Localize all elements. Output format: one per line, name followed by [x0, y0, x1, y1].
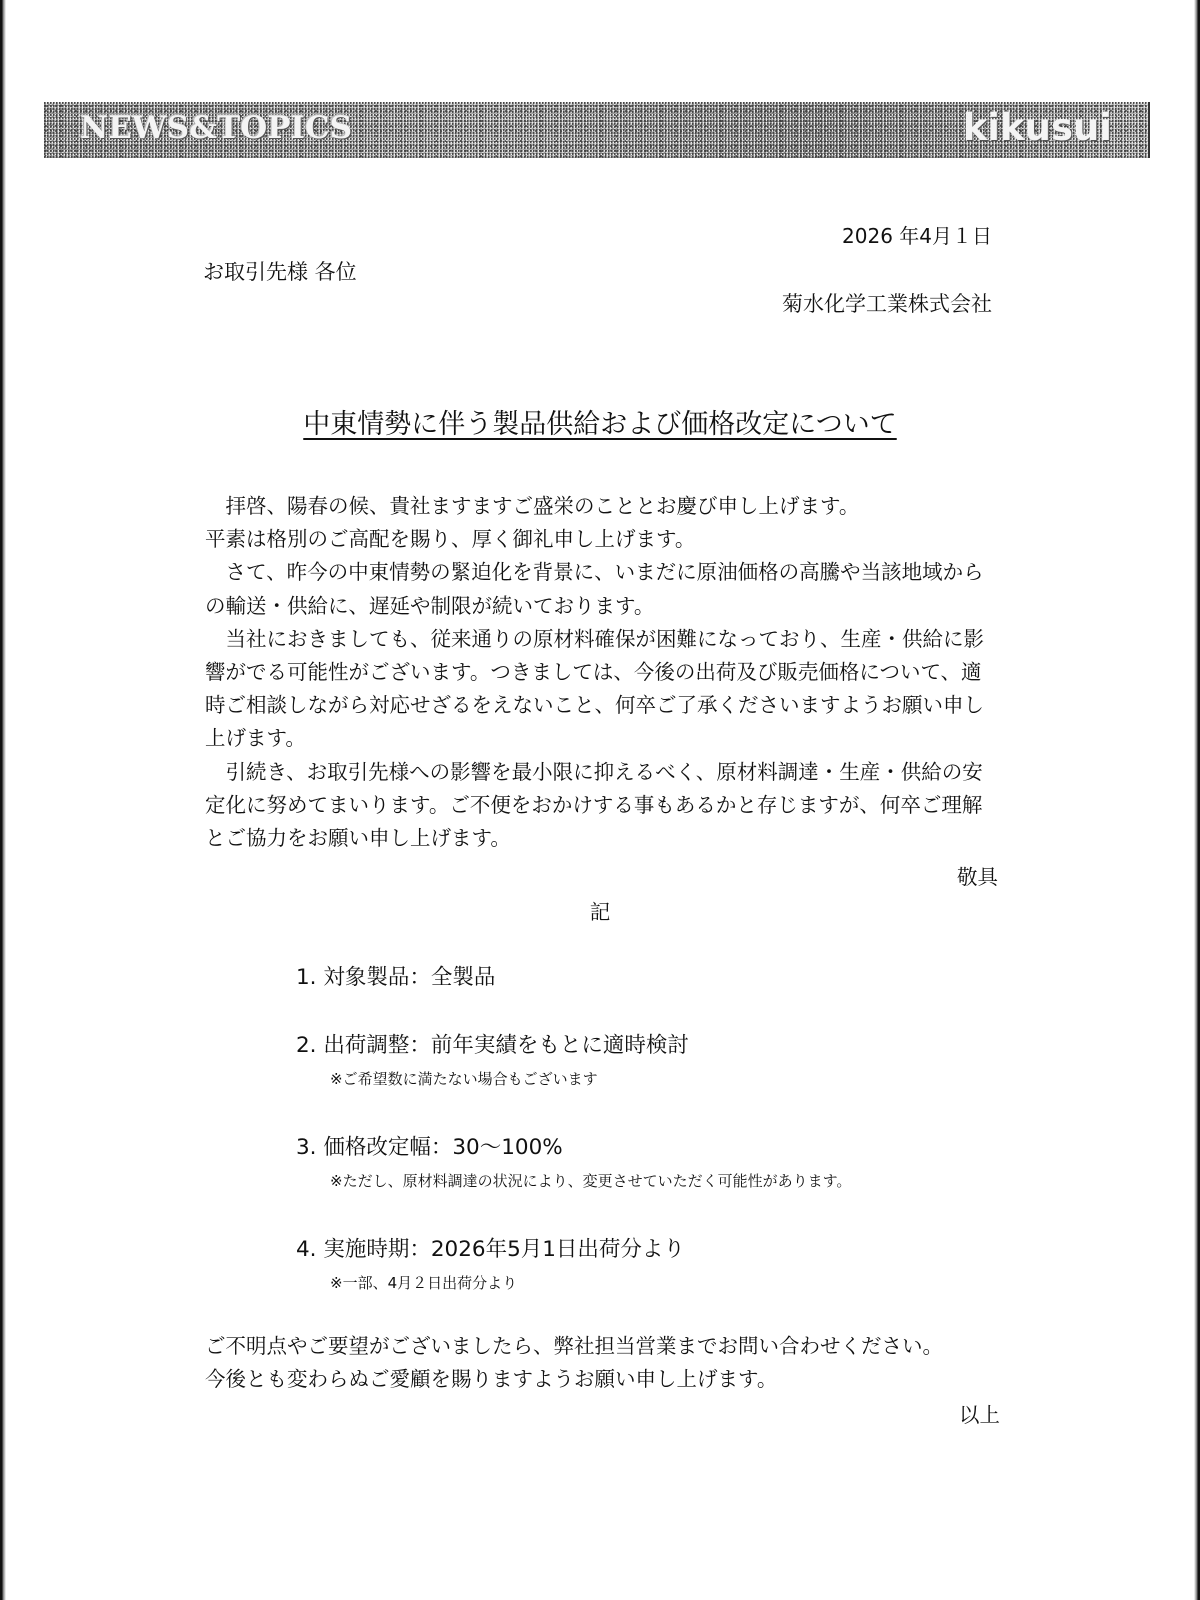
- item-note: ※ただし、原材料調達の状況により、変更させていただく可能性があります。: [330, 1170, 851, 1191]
- letter-body: 拝啓、陽春の候、貴社ますますご盛栄のこととお慶び申し上げます。 平素は格別のご高…: [205, 490, 1000, 855]
- item-note: ※ご希望数に満たない場合もございます: [330, 1068, 689, 1089]
- closing-line-inquiry: ご不明点やご要望がございましたら、弊社担当営業までお問い合わせください。: [205, 1330, 943, 1363]
- ki-heading: 記: [0, 895, 1200, 925]
- item-text: 出荷調整：前年実績をもとに適時検討: [323, 1033, 689, 1058]
- item-number: 1.: [296, 965, 317, 990]
- document-page: NEWS&TOPICS kikusui 2026 年4月１日 お取引先様 各位 …: [0, 0, 1200, 1600]
- document-title-text: 中東情勢に伴う製品供給および価格改定について: [303, 409, 896, 440]
- body-paragraph-impact: 当社におきましても、従来通りの原材料確保が困難になっており、生産・供給に影響がで…: [205, 623, 1000, 756]
- letter-recipient: お取引先様 各位: [203, 256, 357, 286]
- item-number: 4.: [296, 1237, 317, 1262]
- body-paragraph-commitment: 引続き、お取引先様への影響を最小限に抑えるべく、原材料調達・生産・供給の安定化に…: [205, 756, 1000, 856]
- letter-date: 2026 年4月１日: [842, 220, 992, 249]
- notice-item: 1. 対象製品：全製品: [296, 960, 495, 991]
- document-title: 中東情勢に伴う製品供給および価格改定について: [0, 402, 1200, 441]
- item-text: 対象製品：全製品: [323, 965, 495, 990]
- notice-item-main: 2. 出荷調整：前年実績をもとに適時検討: [296, 1028, 689, 1059]
- notice-item: 3. 価格改定幅：30～100% ※ただし、原材料調達の状況により、変更させてい…: [296, 1130, 851, 1191]
- notice-item-main: 3. 価格改定幅：30～100%: [296, 1130, 851, 1161]
- item-number: 2.: [296, 1033, 317, 1058]
- item-number: 3.: [296, 1135, 317, 1160]
- news-topics-banner: NEWS&TOPICS kikusui: [44, 102, 1150, 158]
- notice-item: 2. 出荷調整：前年実績をもとに適時検討 ※ご希望数に満たない場合もございます: [296, 1028, 689, 1089]
- banner-title: NEWS&TOPICS: [80, 110, 352, 146]
- notice-item-main: 4. 実施時期：2026年5月1日出荷分より: [296, 1232, 685, 1263]
- body-paragraph-thanks: 平素は格別のご高配を賜り、厚く御礼申し上げます。: [205, 523, 1000, 556]
- item-text: 価格改定幅：30～100%: [323, 1135, 562, 1160]
- closing-ijo: 以上: [959, 1398, 1000, 1428]
- closing-remarks: ご不明点やご要望がございましたら、弊社担当営業までお問い合わせください。 今後と…: [205, 1330, 943, 1396]
- item-text: 実施時期：2026年5月1日出荷分より: [323, 1237, 685, 1262]
- notice-item: 4. 実施時期：2026年5月1日出荷分より ※一部、4月２日出荷分より: [296, 1232, 685, 1293]
- letter-sender: 菊水化学工業株式会社: [782, 288, 992, 318]
- body-paragraph-situation: さて、昨今の中東情勢の緊迫化を背景に、いまだに原油価格の高騰や当該地域からの輸送…: [205, 556, 1000, 622]
- page-edge-right: [1194, 0, 1200, 1600]
- page-edge-left: [0, 0, 6, 1600]
- closing-line-patronage: 今後とも変わらぬご愛顧を賜りますようお願い申し上げます。: [205, 1363, 943, 1396]
- item-note: ※一部、4月２日出荷分より: [330, 1272, 685, 1293]
- body-paragraph-greeting: 拝啓、陽春の候、貴社ますますご盛栄のこととお慶び申し上げます。: [205, 490, 1000, 523]
- notice-item-main: 1. 対象製品：全製品: [296, 960, 495, 991]
- kikusui-logo: kikusui: [963, 106, 1112, 149]
- closing-keigu: 敬具: [957, 860, 998, 890]
